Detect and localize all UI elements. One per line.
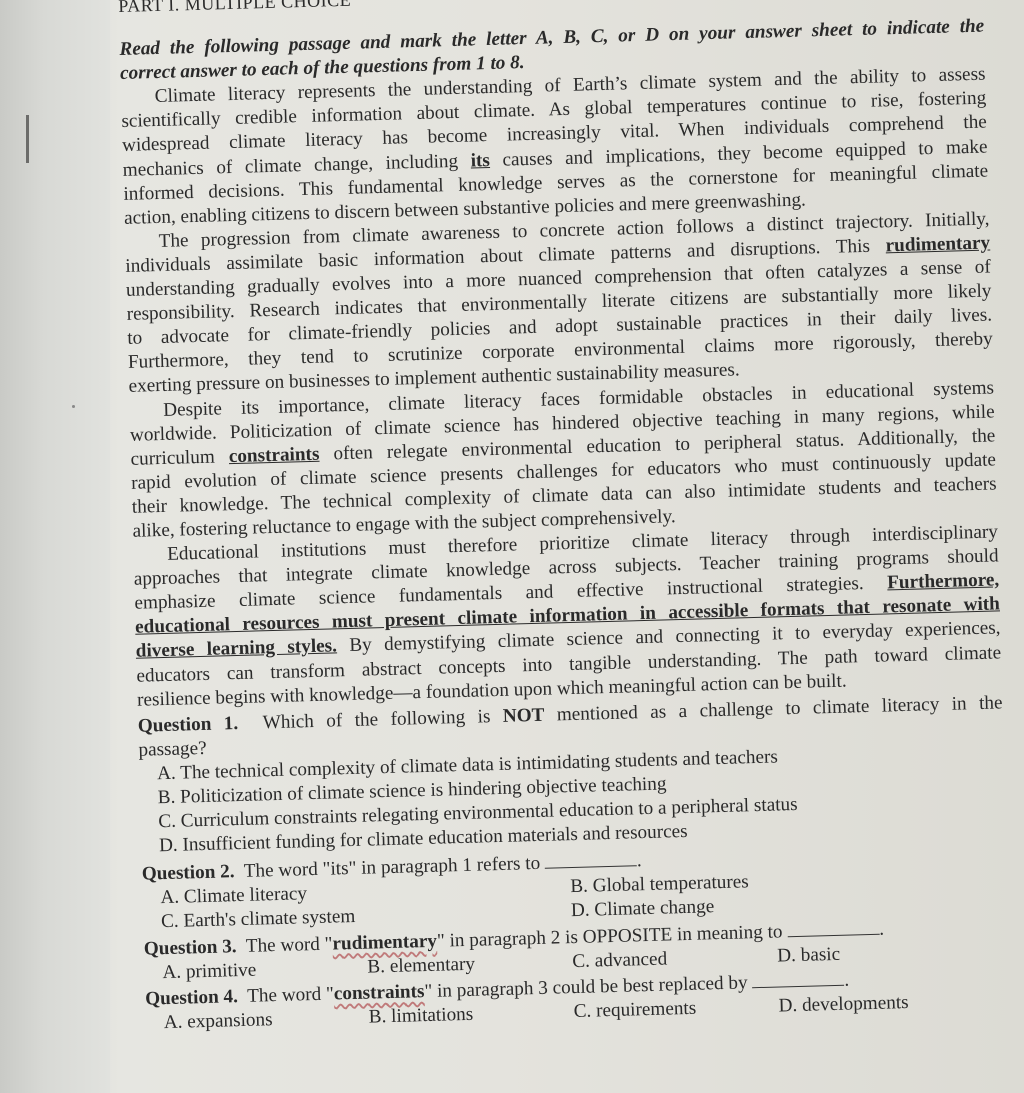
passage-paragraph-1: Climate literacy represents the understa… bbox=[120, 63, 989, 231]
passage-paragraph-3: Despite its importance, climate literacy… bbox=[129, 376, 998, 544]
highlighted-word-constraints: constraints bbox=[334, 981, 425, 1004]
page-margin-shadow bbox=[0, 0, 110, 1093]
option-4d[interactable]: D. developments bbox=[778, 989, 984, 1019]
highlighted-word-rudimentary: rudimentary bbox=[332, 930, 437, 954]
option-4c[interactable]: C. requirements bbox=[573, 994, 779, 1024]
option-3d[interactable]: D. basic bbox=[777, 939, 983, 969]
question-1: Question 1. Which of the following is NO… bbox=[137, 691, 1006, 859]
underlined-word-rudimentary: rudimentary bbox=[885, 232, 990, 256]
passage-paragraph-4: Educational institutions must therefore … bbox=[133, 520, 1002, 712]
option-3a[interactable]: A. primitive bbox=[162, 955, 368, 985]
option-3c[interactable]: C. advanced bbox=[572, 944, 778, 974]
answer-blank bbox=[787, 919, 879, 936]
underlined-word-its: its bbox=[470, 150, 490, 172]
underlined-word-constraints: constraints bbox=[229, 443, 320, 466]
option-4b[interactable]: B. limitations bbox=[368, 1000, 574, 1030]
answer-blank bbox=[545, 852, 637, 869]
passage-paragraph-2: The progression from climate awareness t… bbox=[124, 207, 993, 399]
part-title: PART I. MULTIPLE CHOICE bbox=[118, 0, 983, 18]
underlined-sentence-start: Furthermore, bbox=[887, 570, 1000, 594]
underlined-sentence-end: diverse learning styles. bbox=[136, 636, 338, 662]
margin-mark bbox=[26, 115, 29, 163]
option-4a[interactable]: A. expansions bbox=[164, 1005, 370, 1035]
answer-blank bbox=[752, 970, 844, 987]
exam-page: PART I. MULTIPLE CHOICE Read the followi… bbox=[118, 0, 1011, 1036]
option-3b[interactable]: B. elementary bbox=[367, 950, 573, 980]
margin-dot bbox=[72, 405, 75, 408]
